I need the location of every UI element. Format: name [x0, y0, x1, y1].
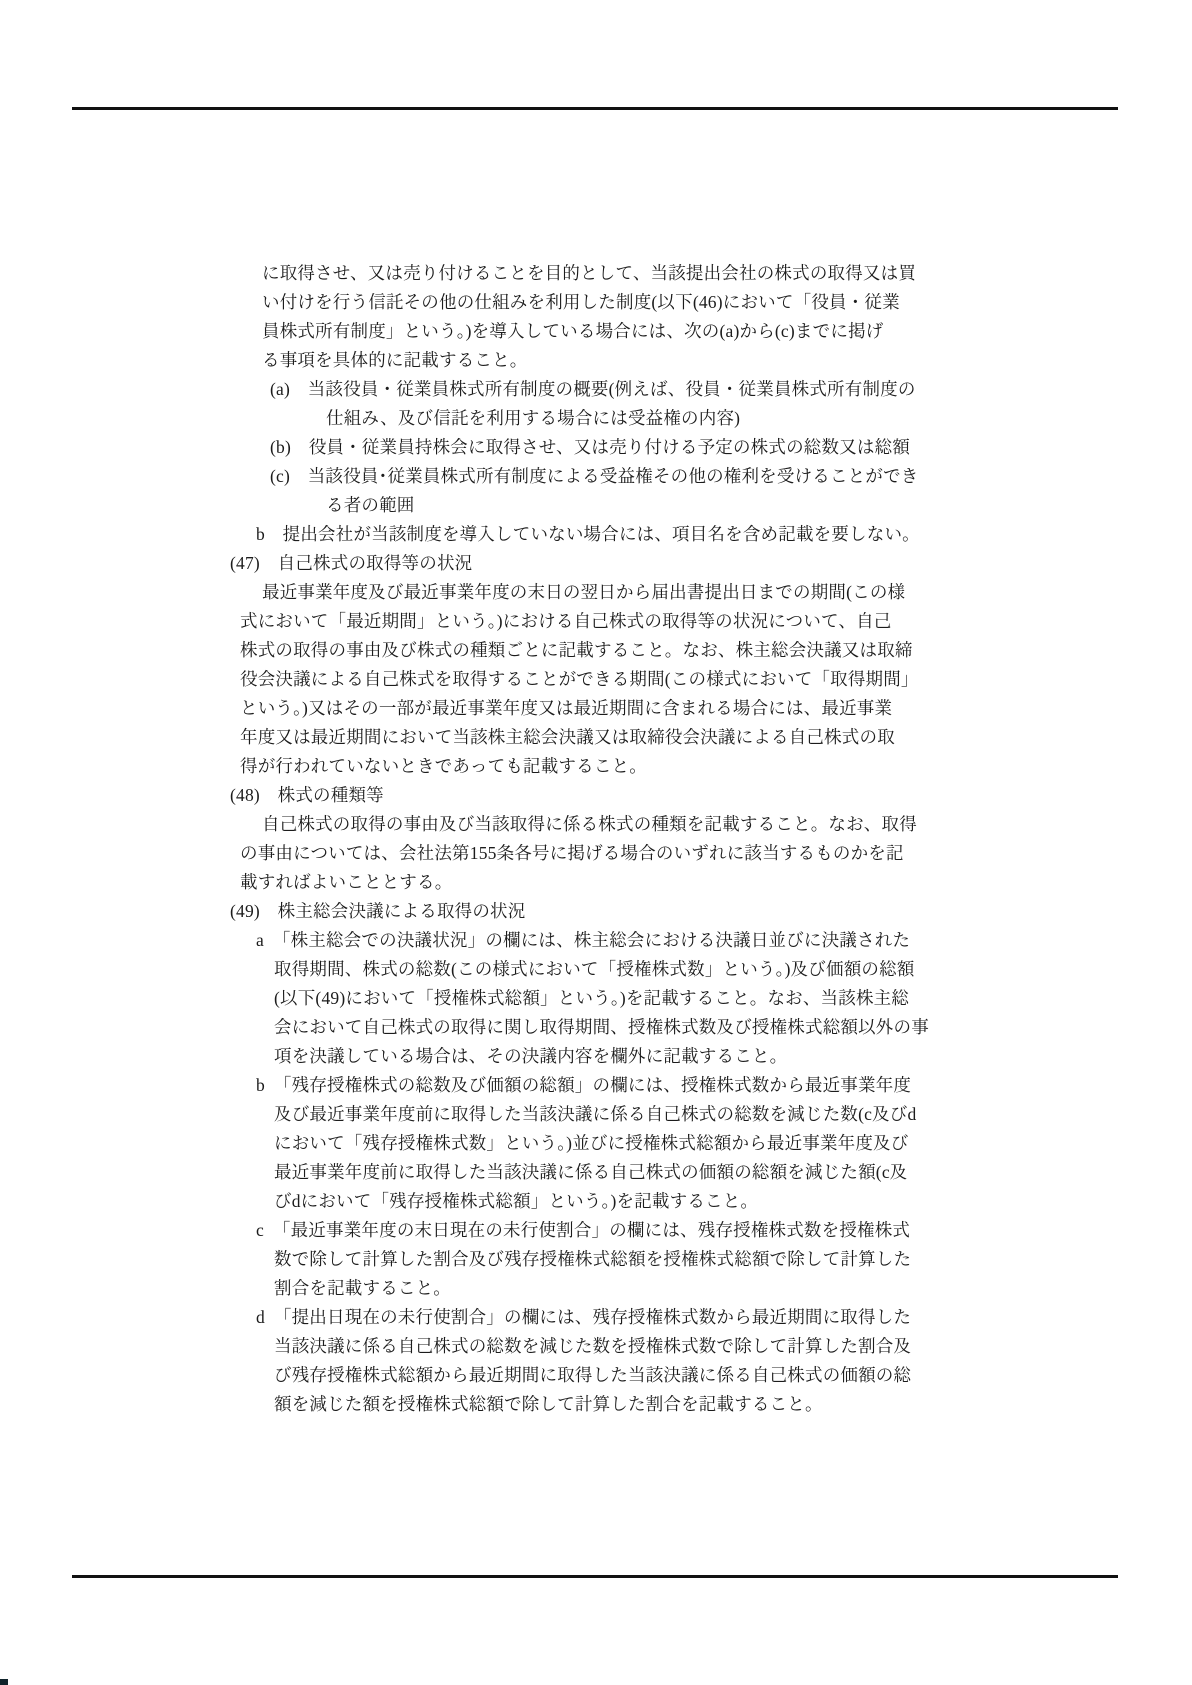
text-line: 取得期間、株式の総数(この様式において「授権株式数」という。)及び価額の総額 [274, 958, 915, 981]
text-line: る者の範囲 [326, 494, 415, 517]
text-line: 及び最近事業年度前に取得した当該決議に係る自己株式の総数を減じた数(c及びd [274, 1103, 916, 1126]
text-line: 最近事業年度前に取得した当該決議に係る自己株式の価額の総額を減じた額(c及 [274, 1161, 908, 1184]
text-line: d 「提出日現在の未行使割合」の欄には、残存授権株式数から最近期間に取得した [256, 1306, 911, 1329]
text-line: 年度又は最近期間において当該株主総会決議又は取締役会決議による自己株式の取 [240, 726, 895, 749]
text-line: 員株式所有制度」という。)を導入している場合には、次の(a)から(c)までに掲げ [262, 320, 883, 343]
text-line: 自己株式の取得の事由及び当該取得に係る株式の種類を記載すること。なお、取得 [262, 813, 917, 836]
bottom-horizontal-rule [72, 1575, 1118, 1578]
text-line: 式において「最近期間」という。)における自己株式の取得等の状況について、自己 [240, 610, 891, 633]
text-line: 当該決議に係る自己株式の総数を減じた数を授権株式数で除して計算した割合及 [274, 1335, 911, 1358]
text-line: の事由については、会社法第155条各号に掲げる場合のいずれに該当するものかを記 [240, 842, 904, 865]
text-line: b 提出会社が当該制度を導入していない場合には、項目名を含め記載を要しない。 [256, 523, 920, 546]
text-line: 仕組み、及び信託を利用する場合には受益権の内容) [326, 407, 740, 430]
text-line: という。)又はその一部が最近事業年度又は最近期間に含まれる場合には、最近事業 [240, 697, 892, 720]
document-page: に取得させ、又は売り付けることを目的として、当該提出会社の株式の取得又は買い付け… [0, 0, 1192, 1685]
text-line: c 「最近事業年度の末日現在の未行使割合」の欄には、残存授権株式数を授権株式 [256, 1219, 910, 1242]
text-line: 得が行われていないときであっても記載すること。 [240, 755, 647, 778]
text-line: 数で除して計算した割合及び残存授権株式総額を授権株式総額で除して計算した [274, 1248, 911, 1271]
text-line: a 「株主総会での決議状況」の欄には、株主総会における決議日並びに決議された [256, 929, 910, 952]
text-line: に取得させ、又は売り付けることを目的として、当該提出会社の株式の取得又は買 [262, 262, 916, 285]
text-line: 載すればよいこととする。 [240, 871, 452, 894]
text-line: 割合を記載すること。 [274, 1277, 451, 1300]
text-line: 株式の取得の事由及び株式の種類ごとに記載すること。なお、株主総会決議又は取締 [240, 639, 913, 662]
text-line: る事項を具体的に記載すること。 [262, 349, 528, 372]
text-line: (47) 自己株式の取得等の状況 [230, 552, 472, 575]
text-line: 項を決議している場合は、その決議内容を欄外に記載すること。 [274, 1045, 787, 1068]
text-line: 最近事業年度及び最近事業年度の末日の翌日から届出書提出日までの期間(この様 [262, 581, 905, 604]
text-line: 役会決議による自己株式を取得することができる期間(この様式において「取得期間」 [240, 668, 919, 691]
text-line: (以下(49)において「授権株式総額」という。)を記載すること。なお、当該株主総 [274, 987, 909, 1010]
text-line: (b) 役員・従業員持株会に取得させ、又は売り付ける予定の株式の総数又は総額 [270, 436, 910, 459]
document-text: に取得させ、又は売り付けることを目的として、当該提出会社の株式の取得又は買い付け… [0, 0, 1192, 1685]
text-line: (a) 当該役員・従業員株式所有制度の概要(例えば、役員・従業員株式所有制度の [270, 378, 916, 401]
text-line: 会において自己株式の取得に関し取得期間、授権株式数及び授権株式総額以外の事 [274, 1016, 929, 1039]
text-line: b 「残存授権株式の総数及び価額の総額」の欄には、授権株式数から最近事業年度 [256, 1074, 911, 1097]
scan-corner-artifact [0, 1679, 8, 1685]
text-line: (c) 当該役員･従業員株式所有制度による受益権その他の権利を受けることができ [270, 465, 918, 488]
text-line: (49) 株主総会決議による取得の状況 [230, 900, 525, 923]
text-line: び残存授権株式総額から最近期間に取得した当該決議に係る自己株式の価額の総 [274, 1364, 911, 1387]
text-line: 額を減じた額を授権株式総額で除して計算した割合を記載すること。 [274, 1393, 823, 1416]
text-line: において「残存授権株式数」という。)並びに授権株式総額から最近事業年度及び [274, 1132, 908, 1155]
text-line: い付けを行う信託その他の仕組みを利用した制度(以下(46)において「役員・従業 [262, 291, 900, 314]
text-line: (48) 株式の種類等 [230, 784, 384, 807]
text-line: びdにおいて「残存授権株式総額」という。)を記載すること。 [274, 1190, 758, 1213]
